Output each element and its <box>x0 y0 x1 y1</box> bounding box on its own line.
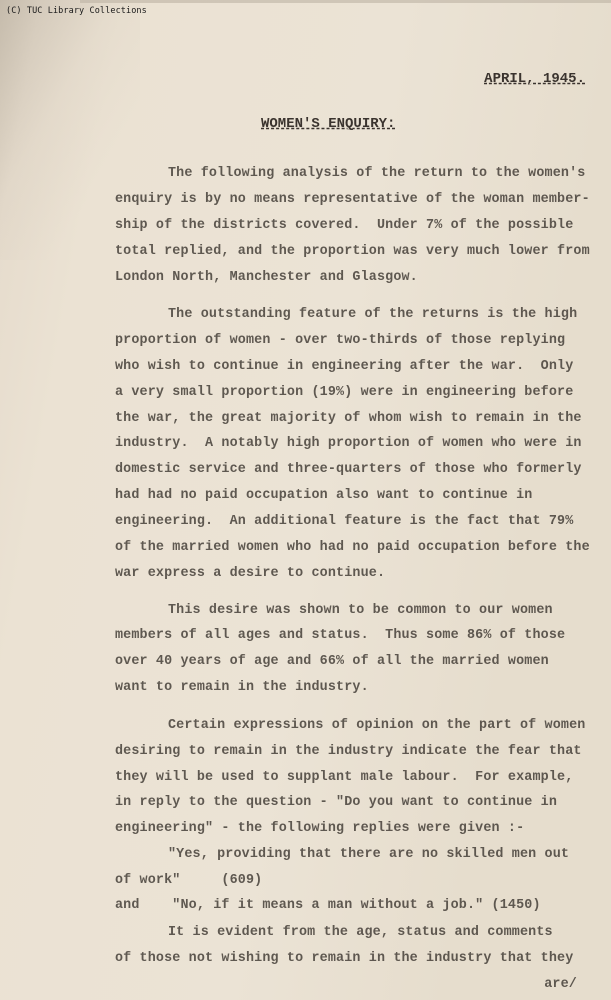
text-line: engineering. An additional feature is th… <box>115 514 573 529</box>
text-line: want to remain in the industry. <box>115 680 369 695</box>
text-line: proportion of women - over two-thirds of… <box>115 333 565 348</box>
text-line: members of all ages and status. Thus som… <box>115 628 565 643</box>
page-edge <box>80 0 611 3</box>
text-line: who wish to continue in engineering afte… <box>115 359 573 374</box>
text-line: The outstanding feature of the returns i… <box>168 307 577 322</box>
text-line: desiring to remain in the industry indic… <box>115 744 582 759</box>
copyright-watermark: (C) TUC Library Collections <box>6 6 147 16</box>
text-line: and "No, if it means a man without a job… <box>115 898 541 913</box>
text-line: Certain expressions of opinion on the pa… <box>168 718 585 733</box>
document-date: APRIL, 1945. <box>484 71 585 87</box>
text-line: in reply to the question - "Do you want … <box>115 795 557 810</box>
text-line: enquiry is by no means representative of… <box>115 192 590 207</box>
text-line: over 40 years of age and 66% of all the … <box>115 654 549 669</box>
text-line: engineering" - the following replies wer… <box>115 821 524 836</box>
text-line: of work" (609) <box>115 873 262 888</box>
text-line: total replied, and the proportion was ve… <box>115 244 590 259</box>
text-line: The following analysis of the return to … <box>168 166 585 181</box>
text-line: domestic service and three-quarters of t… <box>115 462 582 477</box>
text-line: It is evident from the age, status and c… <box>168 925 553 940</box>
text-line: a very small proportion (19%) were in en… <box>115 385 573 400</box>
text-line: the war, the great majority of whom wish… <box>115 411 582 426</box>
text-line: This desire was shown to be common to ou… <box>168 603 553 618</box>
text-line: industry. A notably high proportion of w… <box>115 436 582 451</box>
text-line: "Yes, providing that there are no skille… <box>168 847 569 862</box>
text-line: London North, Manchester and Glasgow. <box>115 270 418 285</box>
text-line: had had no paid occupation also want to … <box>115 488 532 503</box>
text-line: of the married women who had no paid occ… <box>115 540 590 555</box>
document-heading: WOMEN'S ENQUIRY: <box>261 116 395 132</box>
text-line: war express a desire to continue. <box>115 566 385 581</box>
text-line: are/ <box>544 977 577 992</box>
text-line: they will be used to supplant male labou… <box>115 770 573 785</box>
text-line: ship of the districts covered. Under 7% … <box>115 218 573 233</box>
text-line: of those not wishing to remain in the in… <box>115 951 573 966</box>
